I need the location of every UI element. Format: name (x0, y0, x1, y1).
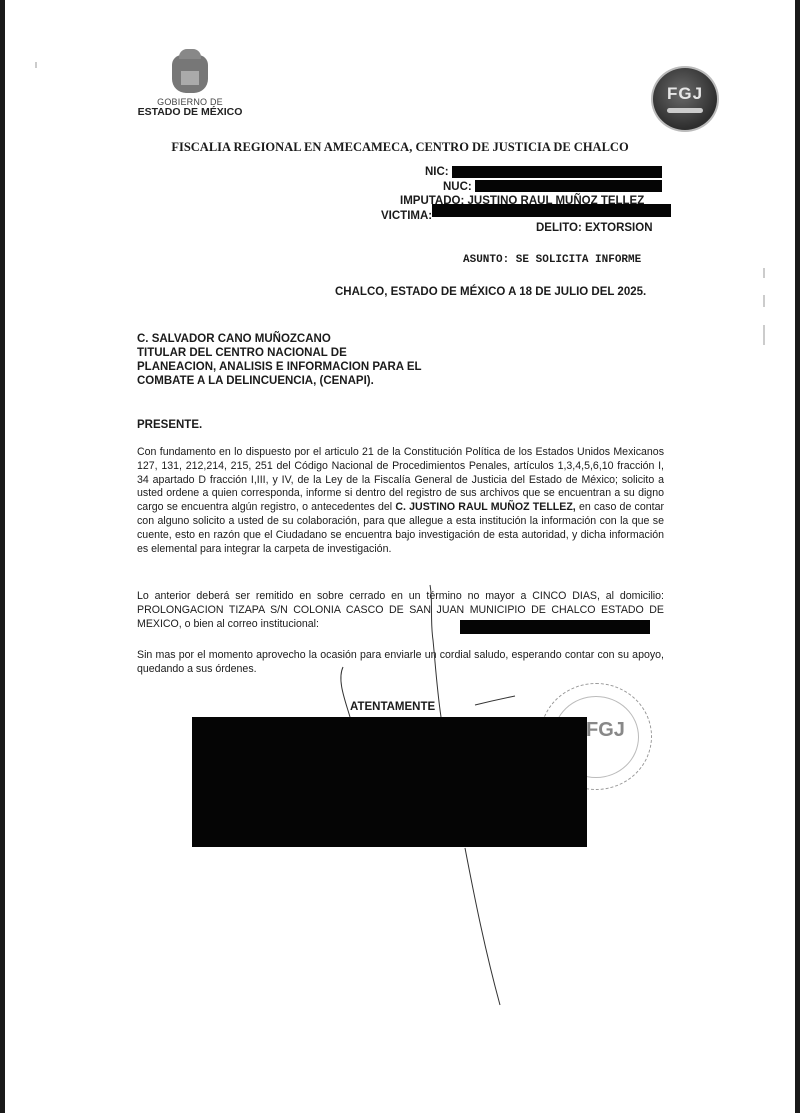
document-page: GOBIERNO DE ESTADO DE MÉXICO FGJ FISCALI… (5, 0, 795, 1113)
margin-mark (35, 62, 37, 68)
margin-mark (763, 295, 765, 307)
handwritten-signature (5, 0, 795, 1113)
margin-mark (763, 268, 765, 278)
margin-mark (763, 325, 765, 345)
